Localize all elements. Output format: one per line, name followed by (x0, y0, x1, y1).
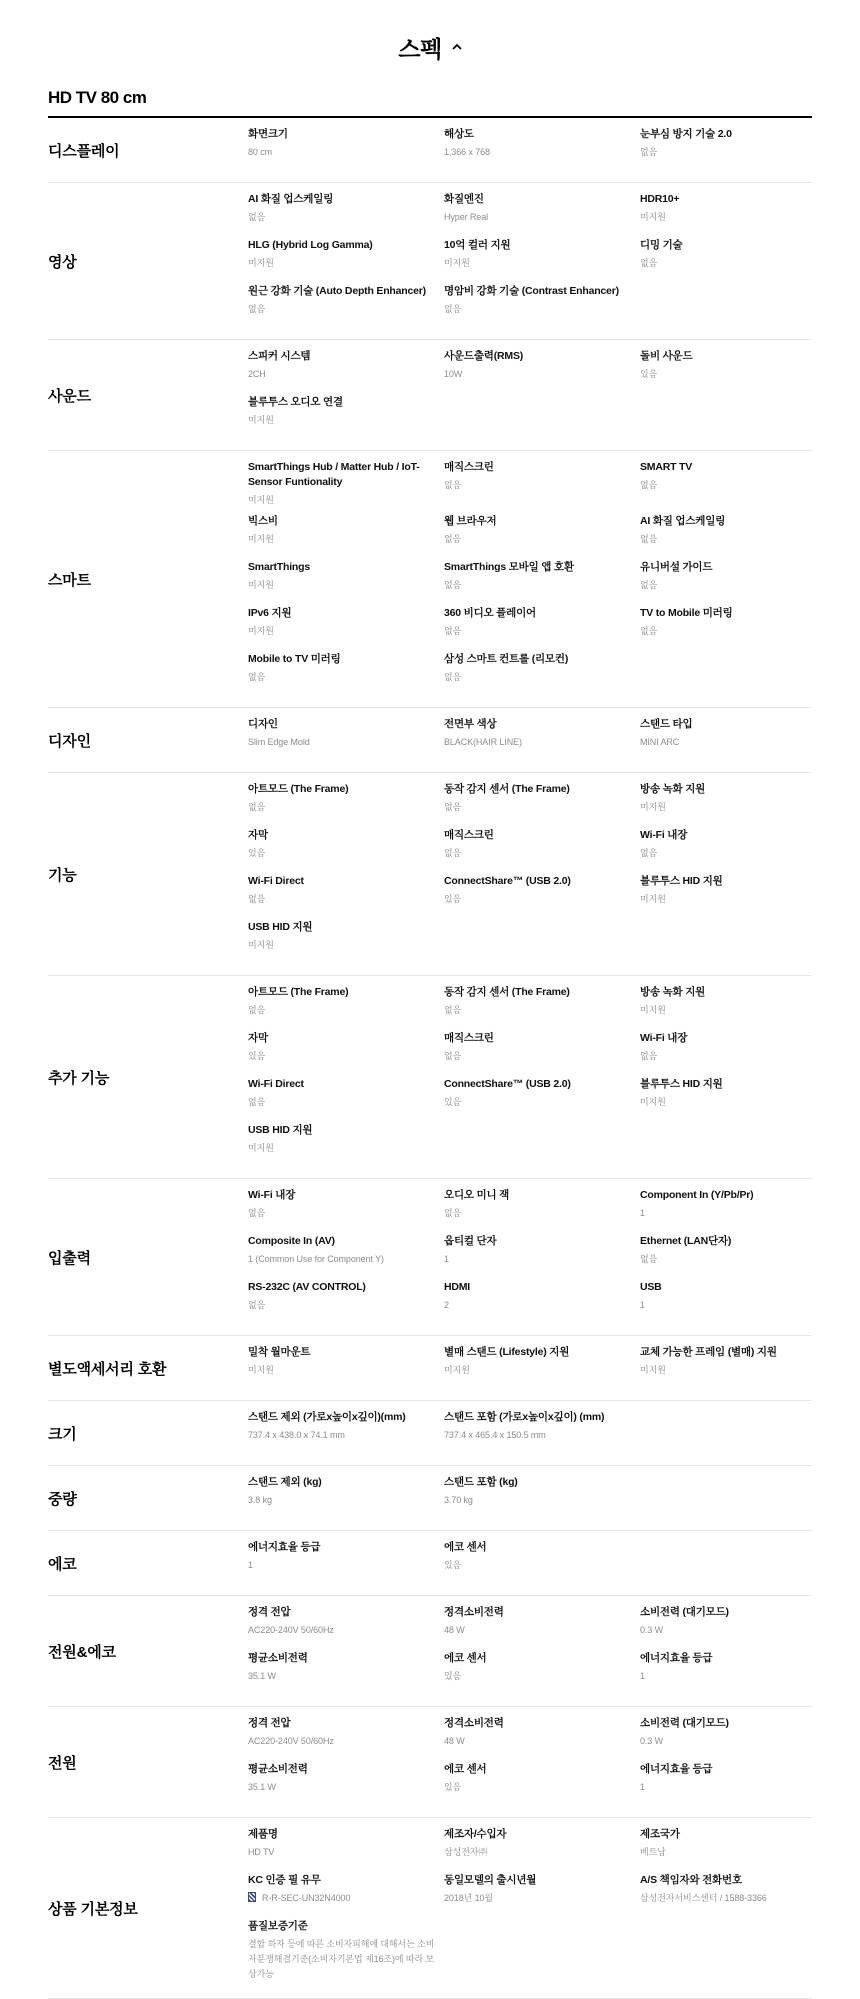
spec-item-value: 결함 하자 등에 따른 소비자피해에 대해서는 소비자분쟁해결기준(소비자기본법… (248, 1937, 436, 1982)
spec-items-grid: 에너지효율 등급1에코 센서있음 (246, 1540, 818, 1586)
spec-item: HDR10+미지원 (638, 192, 818, 238)
spec-item: KC 인증 필 유무R-R-SEC-UN32N4000 (246, 1873, 442, 1919)
category-label: 에코 (48, 1553, 77, 1574)
spec-item-label: Wi-Fi Direct (248, 874, 436, 889)
spec-item-value: 0.3 W (640, 1734, 812, 1748)
spec-item-label: 스탠드 제외 (가로x높이x깊이)(mm) (248, 1410, 436, 1425)
spec-item: 눈부심 방지 기술 2.0없음 (638, 127, 818, 173)
spec-item-label: USB (640, 1280, 812, 1295)
spec-item: 블루투스 HID 지원미지원 (638, 1077, 818, 1123)
spec-item-label: 정격 전압 (248, 1716, 436, 1731)
spec-item-value: R-R-SEC-UN32N4000 (248, 1891, 436, 1905)
spec-category-row: 디스플레이화면크기80 cm해상도1,366 x 768눈부심 방지 기술 2.… (48, 118, 812, 183)
spec-category-row: 전원정격 전압AC220-240V 50/60Hz정격소비전력48 W소비전력 … (48, 1707, 812, 1818)
spec-item-value: 미지원 (640, 1095, 812, 1109)
spec-item-label: 스탠드 포함 (kg) (444, 1475, 632, 1490)
spec-category-row: 디자인디자인Slim Edge Mold전면부 색상BLACK(HAIR LIN… (48, 708, 812, 773)
spec-item: 에너지효율 등급1 (638, 1651, 818, 1697)
spec-item: Wi-Fi 내장없음 (638, 1031, 818, 1077)
spec-item-label: Component In (Y/Pb/Pr) (640, 1188, 812, 1203)
category-label: 입출력 (48, 1247, 91, 1268)
spec-category-row: 스마트SmartThings Hub / Matter Hub / IoT-Se… (48, 451, 812, 708)
spec-item: SmartThings Hub / Matter Hub / IoT-Senso… (246, 460, 442, 514)
spec-category-row: 추가 기능아트모드 (The Frame)없음동작 감지 센서 (The Fra… (48, 976, 812, 1179)
spec-item: ConnectShare™ (USB 2.0)있음 (442, 1077, 638, 1123)
category-cell: 에코 (48, 1540, 246, 1586)
spec-item-label: 정격 전압 (248, 1605, 436, 1620)
spec-item: 해상도1,366 x 768 (442, 127, 638, 173)
spec-item-label: 매직스크린 (444, 1031, 632, 1046)
spec-item-label: HDR10+ (640, 192, 812, 207)
spec-item-label: SmartThings Hub / Matter Hub / IoT-Senso… (248, 460, 436, 490)
category-cell: 추가 기능 (48, 985, 246, 1169)
spec-item-value: 없음 (444, 1206, 632, 1220)
spec-item: 블루투스 HID 지원미지원 (638, 874, 818, 920)
spec-item: 유니버설 가이드없음 (638, 560, 818, 606)
category-cell: 기능 (48, 782, 246, 966)
spec-item: Composite In (AV)1 (Common Use for Compo… (246, 1234, 442, 1280)
spec-item: Wi-Fi Direct없음 (246, 874, 442, 920)
spec-items-grid: 스탠드 제외 (kg)3.8 kg스탠드 포함 (kg)3.70 kg (246, 1475, 818, 1521)
spec-item-label: 아트모드 (The Frame) (248, 985, 436, 1000)
spec-item-label: 디자인 (248, 717, 436, 732)
spec-item-value: 없음 (248, 892, 436, 906)
spec-items-grid: 정격 전압AC220-240V 50/60Hz정격소비전력48 W소비전력 (대… (246, 1605, 818, 1697)
spec-item-value: 10W (444, 367, 632, 381)
spec-item-label: 소비전력 (대기모드) (640, 1605, 812, 1620)
spec-item-label: 스탠드 포함 (가로x높이x깊이) (mm) (444, 1410, 632, 1425)
spec-item: 전면부 색상BLACK(HAIR LINE) (442, 717, 638, 763)
spec-item-label: 평균소비전력 (248, 1762, 436, 1777)
spec-item: ConnectShare™ (USB 2.0)있음 (442, 874, 638, 920)
spec-item-label: 에코 센서 (444, 1540, 632, 1555)
spec-item-value: 48 W (444, 1623, 632, 1637)
spec-item-value: 없음 (640, 624, 812, 638)
spec-item-label: ConnectShare™ (USB 2.0) (444, 1077, 632, 1092)
spec-item-label: 디밍 기술 (640, 238, 812, 253)
spec-items-grid: SmartThings Hub / Matter Hub / IoT-Senso… (246, 460, 818, 698)
spec-item-label: 명암비 강화 기술 (Contrast Enhancer) (444, 284, 632, 299)
category-cell: 사운드 (48, 349, 246, 441)
spec-category-row: 에코에너지효율 등급1에코 센서있음 (48, 1531, 812, 1596)
spec-item-label: Wi-Fi 내장 (640, 828, 812, 843)
spec-items-grid: AI 화질 업스케일링없음화질엔진Hyper RealHDR10+미지원HLG … (246, 192, 818, 330)
category-label: 스마트 (48, 569, 91, 590)
spec-item-label: 방송 녹화 지원 (640, 782, 812, 797)
spec-item-label: 별매 스탠드 (Lifestyle) 지원 (444, 1345, 632, 1360)
spec-item: HLG (Hybrid Log Gamma)미지원 (246, 238, 442, 284)
spec-item-label: 에너지효율 등급 (248, 1540, 436, 1555)
spec-item-label: 정격소비전력 (444, 1605, 632, 1620)
category-label: 추가 기능 (48, 1067, 109, 1088)
spec-item: 360 비디오 플레이어없음 (442, 606, 638, 652)
spec-item: Wi-Fi 내장없음 (638, 828, 818, 874)
spec-item-label: 제조자/수입자 (444, 1827, 632, 1842)
spec-item: 화질엔진Hyper Real (442, 192, 638, 238)
spec-item-label: 10억 컬러 지원 (444, 238, 632, 253)
spec-item: 명암비 강화 기술 (Contrast Enhancer)없음 (442, 284, 638, 330)
spec-item-value: 미지원 (248, 256, 436, 270)
spec-collapse-toggle[interactable]: 스펙 (398, 31, 461, 64)
spec-category-row: 별도액세서리 호환밀착 월마운트미지원별매 스탠드 (Lifestyle) 지원… (48, 1336, 812, 1401)
spec-item-label: 평균소비전력 (248, 1651, 436, 1666)
spec-item: SmartThings미지원 (246, 560, 442, 606)
spec-item-label: 돌비 사운드 (640, 349, 812, 364)
spec-item: 스탠드 제외 (kg)3.8 kg (246, 1475, 442, 1521)
spec-items-grid: Wi-Fi 내장없음오디오 미니 잭없음Component In (Y/Pb/P… (246, 1188, 818, 1326)
spec-item-value: 없음 (640, 256, 812, 270)
spec-item-value: 삼성전자서비스센터 / 1588-3366 (640, 1891, 812, 1905)
spec-item-label: HLG (Hybrid Log Gamma) (248, 238, 436, 253)
spec-item: 에코 센서있음 (442, 1651, 638, 1697)
spec-item: 매직스크린없음 (442, 828, 638, 874)
spec-item-value: 없음 (640, 532, 812, 546)
spec-item: 평균소비전력35.1 W (246, 1651, 442, 1697)
category-cell: 중량 (48, 1475, 246, 1521)
spec-item: 품질보증기준결함 하자 등에 따른 소비자피해에 대해서는 소비자분쟁해결기준(… (246, 1919, 442, 1989)
spec-item-value: AC220-240V 50/60Hz (248, 1623, 436, 1637)
spec-item: 스탠드 포함 (가로x높이x깊이) (mm)737.4 x 465.4 x 15… (442, 1410, 638, 1456)
spec-item-value: 35.1 W (248, 1669, 436, 1683)
spec-title: 스펙 (398, 31, 441, 64)
spec-items-grid: 밀착 월마운트미지원별매 스탠드 (Lifestyle) 지원미지원교체 가능한… (246, 1345, 818, 1391)
spec-item-label: 밀착 월마운트 (248, 1345, 436, 1360)
spec-item-label: 해상도 (444, 127, 632, 142)
spec-item-label: 웹 브라우저 (444, 514, 632, 529)
spec-item-value: 2018년 10월 (444, 1891, 632, 1905)
spec-item-value: 미지원 (640, 1003, 812, 1017)
spec-item: 정격 전압AC220-240V 50/60Hz (246, 1716, 442, 1762)
spec-item-value: 1 (640, 1298, 812, 1312)
spec-item-value: MINI ARC (640, 735, 812, 749)
spec-item: 웹 브라우저없음 (442, 514, 638, 560)
spec-item-label: 원근 강화 기술 (Auto Depth Enhancer) (248, 284, 436, 299)
spec-item: 스피커 시스템2CH (246, 349, 442, 395)
spec-item-value: 없음 (248, 1206, 436, 1220)
spec-item-value: 미지원 (248, 1363, 436, 1377)
spec-item: 정격소비전력48 W (442, 1605, 638, 1651)
spec-item: 동작 감지 센서 (The Frame)없음 (442, 985, 638, 1031)
spec-item-label: 매직스크린 (444, 828, 632, 843)
spec-item-value: 737.4 x 438.0 x 74.1 mm (248, 1428, 436, 1442)
spec-item-value: 1 (640, 1780, 812, 1794)
spec-items-grid: 제품명HD TV제조자/수입자삼성전자㈜제조국가베트남KC 인증 필 유무R-R… (246, 1827, 818, 1989)
spec-item-value: 없음 (640, 478, 812, 492)
spec-item-value: Hyper Real (444, 210, 632, 224)
spec-item-label: 방송 녹화 지원 (640, 985, 812, 1000)
spec-item: 에너지효율 등급1 (246, 1540, 442, 1586)
spec-item-label: 동작 감지 센서 (The Frame) (444, 985, 632, 1000)
spec-item-label: 정격소비전력 (444, 1716, 632, 1731)
spec-item-label: IPv6 지원 (248, 606, 436, 621)
spec-item: 스탠드 제외 (가로x높이x깊이)(mm)737.4 x 438.0 x 74.… (246, 1410, 442, 1456)
spec-item-label: 소비전력 (대기모드) (640, 1716, 812, 1731)
spec-item: TV to Mobile 미러링없음 (638, 606, 818, 652)
spec-item-value: 없음 (248, 1003, 436, 1017)
spec-item-label: USB HID 지원 (248, 920, 436, 935)
spec-item-value: 1 (Common Use for Component Y) (248, 1252, 436, 1266)
spec-item-label: 제조국가 (640, 1827, 812, 1842)
spec-item-value: 있음 (444, 1095, 632, 1109)
spec-item: 삼성 스마트 컨트롤 (리모컨)없음 (442, 652, 638, 698)
spec-item-value: 1,366 x 768 (444, 145, 632, 159)
category-cell: 전원&에코 (48, 1605, 246, 1697)
spec-item-value: 없음 (444, 1003, 632, 1017)
spec-item-value: 3.70 kg (444, 1493, 632, 1507)
spec-item: 교체 가능한 프레임 (별매) 지원미지원 (638, 1345, 818, 1391)
category-cell: 전원 (48, 1716, 246, 1808)
spec-item-value: 없음 (444, 302, 632, 316)
spec-item-label: 360 비디오 플레이어 (444, 606, 632, 621)
spec-item-label: RS-232C (AV CONTROL) (248, 1280, 436, 1295)
model-title: HD TV 80 cm (48, 88, 812, 116)
spec-item-value: 없음 (444, 800, 632, 814)
spec-category-row: 영상AI 화질 업스케일링없음화질엔진Hyper RealHDR10+미지원HL… (48, 183, 812, 340)
spec-table: 디스플레이화면크기80 cm해상도1,366 x 768눈부심 방지 기술 2.… (48, 116, 812, 1999)
spec-items-grid: 스탠드 제외 (가로x높이x깊이)(mm)737.4 x 438.0 x 74.… (246, 1410, 818, 1456)
spec-category-row: 기능아트모드 (The Frame)없음동작 감지 센서 (The Frame)… (48, 773, 812, 976)
spec-item: Wi-Fi Direct없음 (246, 1077, 442, 1123)
spec-item-label: 아트모드 (The Frame) (248, 782, 436, 797)
spec-item-value: 없음 (640, 578, 812, 592)
spec-item: HDMI2 (442, 1280, 638, 1326)
spec-item-label: Wi-Fi 내장 (248, 1188, 436, 1203)
spec-item-label: 스탠드 제외 (kg) (248, 1475, 436, 1490)
spec-item-value: 2 (444, 1298, 632, 1312)
category-cell: 입출력 (48, 1188, 246, 1326)
spec-item-value: 없음 (640, 1049, 812, 1063)
category-label: 영상 (48, 251, 77, 272)
spec-item-label: 교체 가능한 프레임 (별매) 지원 (640, 1345, 812, 1360)
spec-item: 오디오 미니 잭없음 (442, 1188, 638, 1234)
spec-item-value: 1 (640, 1669, 812, 1683)
spec-item: 자막있음 (246, 828, 442, 874)
category-label: 전원 (48, 1752, 77, 1773)
spec-item: 아트모드 (The Frame)없음 (246, 985, 442, 1031)
spec-item-value: 없음 (248, 800, 436, 814)
spec-item: 밀착 월마운트미지원 (246, 1345, 442, 1391)
spec-item: Component In (Y/Pb/Pr)1 (638, 1188, 818, 1234)
spec-item-value: 없음 (444, 624, 632, 638)
spec-item: 정격소비전력48 W (442, 1716, 638, 1762)
category-cell: 디자인 (48, 717, 246, 763)
spec-item: 사운드출력(RMS)10W (442, 349, 638, 395)
spec-page: 스펙 HD TV 80 cm 디스플레이화면크기80 cm해상도1,366 x … (0, 0, 860, 1999)
spec-item: 제품명HD TV (246, 1827, 442, 1873)
spec-item-value: 없음 (640, 145, 812, 159)
spec-item: 정격 전압AC220-240V 50/60Hz (246, 1605, 442, 1651)
spec-item: 제조국가베트남 (638, 1827, 818, 1873)
spec-item-label: ConnectShare™ (USB 2.0) (444, 874, 632, 889)
spec-item-value: 없음 (248, 210, 436, 224)
spec-item-label: 동작 감지 센서 (The Frame) (444, 782, 632, 797)
spec-item-value: 없음 (444, 478, 632, 492)
spec-item: 동일모델의 출시년월2018년 10월 (442, 1873, 638, 1919)
spec-item-label: 화면크기 (248, 127, 436, 142)
spec-item-label: TV to Mobile 미러링 (640, 606, 812, 621)
spec-item-value: 없음 (444, 578, 632, 592)
spec-item-label: HDMI (444, 1280, 632, 1295)
spec-item: IPv6 지원미지원 (246, 606, 442, 652)
spec-item: 동작 감지 센서 (The Frame)없음 (442, 782, 638, 828)
spec-item: 스탠드 포함 (kg)3.70 kg (442, 1475, 638, 1521)
spec-item-value: 없음 (248, 1298, 436, 1312)
chevron-up-icon (452, 42, 462, 52)
category-label: 디스플레이 (48, 140, 119, 161)
spec-item: 에너지효율 등급1 (638, 1762, 818, 1808)
spec-item-label: 자막 (248, 1031, 436, 1046)
spec-item-label: 스탠드 타입 (640, 717, 812, 732)
spec-item-value: BLACK(HAIR LINE) (444, 735, 632, 749)
spec-item: 화면크기80 cm (246, 127, 442, 173)
category-cell: 디스플레이 (48, 127, 246, 173)
category-label: 전원&에코 (48, 1641, 116, 1662)
spec-item-label: Wi-Fi 내장 (640, 1031, 812, 1046)
spec-item-value: 있음 (444, 892, 632, 906)
spec-item-label: 눈부심 방지 기술 2.0 (640, 127, 812, 142)
spec-item-value: 미지원 (640, 1363, 812, 1377)
spec-item: 에코 센서있음 (442, 1762, 638, 1808)
spec-items-grid: 정격 전압AC220-240V 50/60Hz정격소비전력48 W소비전력 (대… (246, 1716, 818, 1808)
spec-item-value: 있음 (444, 1669, 632, 1683)
spec-item-value: 3.8 kg (248, 1493, 436, 1507)
spec-item-value: 없음 (248, 1095, 436, 1109)
category-label: 크기 (48, 1423, 77, 1444)
spec-item-label: 스피커 시스템 (248, 349, 436, 364)
spec-item: Ethernet (LAN단자)없음 (638, 1234, 818, 1280)
spec-item-value: 없음 (444, 1049, 632, 1063)
spec-item-label: 블루투스 오디오 연결 (248, 395, 436, 410)
spec-item-label: 매직스크린 (444, 460, 632, 475)
category-label: 디자인 (48, 730, 91, 751)
spec-item-value: 미지원 (248, 532, 436, 546)
spec-item-value: 80 cm (248, 145, 436, 159)
spec-item-value: 있음 (444, 1780, 632, 1794)
spec-items-grid: 아트모드 (The Frame)없음동작 감지 센서 (The Frame)없음… (246, 985, 818, 1169)
spec-item-label: USB HID 지원 (248, 1123, 436, 1138)
spec-item-value: 48 W (444, 1734, 632, 1748)
spec-item: Mobile to TV 미러링없음 (246, 652, 442, 698)
spec-item-value: 0.3 W (640, 1623, 812, 1637)
spec-item-label: 블루투스 HID 지원 (640, 1077, 812, 1092)
category-cell: 영상 (48, 192, 246, 330)
spec-item-value: 737.4 x 465.4 x 150.5 mm (444, 1428, 632, 1442)
spec-item: AI 화질 업스케일링없음 (638, 514, 818, 560)
spec-items-grid: 아트모드 (The Frame)없음동작 감지 센서 (The Frame)없음… (246, 782, 818, 966)
spec-item-value: 미지원 (640, 210, 812, 224)
spec-item: 옵티컬 단자1 (442, 1234, 638, 1280)
spec-item: SMART TV없음 (638, 460, 818, 514)
spec-item: 소비전력 (대기모드)0.3 W (638, 1605, 818, 1651)
spec-item-value: 미지원 (248, 413, 436, 427)
spec-item-label: 블루투스 HID 지원 (640, 874, 812, 889)
spec-item-value: 미지원 (248, 493, 436, 507)
category-label: 기능 (48, 864, 77, 885)
spec-item-value: 있음 (640, 367, 812, 381)
spec-item: 디밍 기술없음 (638, 238, 818, 284)
spec-category-row: 상품 기본정보제품명HD TV제조자/수입자삼성전자㈜제조국가베트남KC 인증 … (48, 1818, 812, 1999)
spec-header: 스펙 (0, 0, 860, 88)
spec-item-value: 있음 (248, 846, 436, 860)
spec-item-value: 없음 (640, 846, 812, 860)
spec-item-label: 에코 센서 (444, 1651, 632, 1666)
kc-certification-icon (248, 1892, 256, 1902)
spec-item-label: 오디오 미니 잭 (444, 1188, 632, 1203)
spec-category-row: 크기스탠드 제외 (가로x높이x깊이)(mm)737.4 x 438.0 x 7… (48, 1401, 812, 1466)
spec-item: A/S 책임자와 전화번호삼성전자서비스센터 / 1588-3366 (638, 1873, 818, 1919)
spec-item: 방송 녹화 지원미지원 (638, 782, 818, 828)
spec-category-row: 사운드스피커 시스템2CH사운드출력(RMS)10W돌비 사운드있음블루투스 오… (48, 340, 812, 451)
category-label: 상품 기본정보 (48, 1898, 138, 1919)
spec-category-row: 입출력Wi-Fi 내장없음오디오 미니 잭없음Component In (Y/P… (48, 1179, 812, 1336)
spec-item: 10억 컬러 지원미지원 (442, 238, 638, 284)
spec-item-label: 에너지효율 등급 (640, 1762, 812, 1777)
spec-item-label: SmartThings (248, 560, 436, 575)
spec-item-label: 제품명 (248, 1827, 436, 1842)
spec-item: 매직스크린없음 (442, 1031, 638, 1077)
spec-item-label: 에코 센서 (444, 1762, 632, 1777)
spec-item: 소비전력 (대기모드)0.3 W (638, 1716, 818, 1762)
spec-item-label: AI 화질 업스케일링 (248, 192, 436, 207)
spec-item: USB HID 지원미지원 (246, 920, 442, 966)
spec-item-value: 없음 (640, 1252, 812, 1266)
spec-item: USB HID 지원미지원 (246, 1123, 442, 1169)
spec-item-label: 동일모델의 출시년월 (444, 1873, 632, 1888)
spec-item-value: 1 (640, 1206, 812, 1220)
spec-item: AI 화질 업스케일링없음 (246, 192, 442, 238)
spec-item-label: A/S 책임자와 전화번호 (640, 1873, 812, 1888)
spec-category-row: 중량스탠드 제외 (kg)3.8 kg스탠드 포함 (kg)3.70 kg (48, 1466, 812, 1531)
spec-item: 자막있음 (246, 1031, 442, 1077)
spec-item: 별매 스탠드 (Lifestyle) 지원미지원 (442, 1345, 638, 1391)
category-cell: 별도액세서리 호환 (48, 1345, 246, 1391)
spec-item-value: 없음 (248, 302, 436, 316)
spec-items-grid: 스피커 시스템2CH사운드출력(RMS)10W돌비 사운드있음블루투스 오디오 … (246, 349, 818, 441)
spec-category-row: 전원&에코정격 전압AC220-240V 50/60Hz정격소비전력48 W소비… (48, 1596, 812, 1707)
category-cell: 상품 기본정보 (48, 1827, 246, 1989)
spec-item-value: 없음 (444, 846, 632, 860)
spec-item: 블루투스 오디오 연결미지원 (246, 395, 442, 441)
spec-item-label: 전면부 색상 (444, 717, 632, 732)
spec-item-value: 1 (444, 1252, 632, 1266)
spec-item-value: 미지원 (444, 256, 632, 270)
spec-item: 돌비 사운드있음 (638, 349, 818, 395)
category-label: 사운드 (48, 385, 91, 406)
spec-item-value: 있음 (444, 1558, 632, 1572)
spec-item-label: 화질엔진 (444, 192, 632, 207)
spec-item: 평균소비전력35.1 W (246, 1762, 442, 1808)
spec-item-value: 1 (248, 1558, 436, 1572)
spec-item-value: 미지원 (248, 938, 436, 952)
spec-item: SmartThings 모바일 앱 호환없음 (442, 560, 638, 606)
spec-item: 디자인Slim Edge Mold (246, 717, 442, 763)
spec-item: 매직스크린없음 (442, 460, 638, 514)
spec-item-value: 미지원 (248, 624, 436, 638)
spec-item: RS-232C (AV CONTROL)없음 (246, 1280, 442, 1326)
spec-item-label: 유니버설 가이드 (640, 560, 812, 575)
spec-item-label: SMART TV (640, 460, 812, 475)
spec-item: 제조자/수입자삼성전자㈜ (442, 1827, 638, 1873)
spec-item-label: 품질보증기준 (248, 1919, 436, 1934)
spec-item-label: Ethernet (LAN단자) (640, 1234, 812, 1249)
spec-item-value: 없음 (248, 670, 436, 684)
spec-item: 빅스비미지원 (246, 514, 442, 560)
spec-item: Wi-Fi 내장없음 (246, 1188, 442, 1234)
spec-item-label: 옵티컬 단자 (444, 1234, 632, 1249)
spec-item-value: Slim Edge Mold (248, 735, 436, 749)
spec-item-label: KC 인증 필 유무 (248, 1873, 436, 1888)
spec-item-value-text: R-R-SEC-UN32N4000 (262, 1893, 350, 1903)
